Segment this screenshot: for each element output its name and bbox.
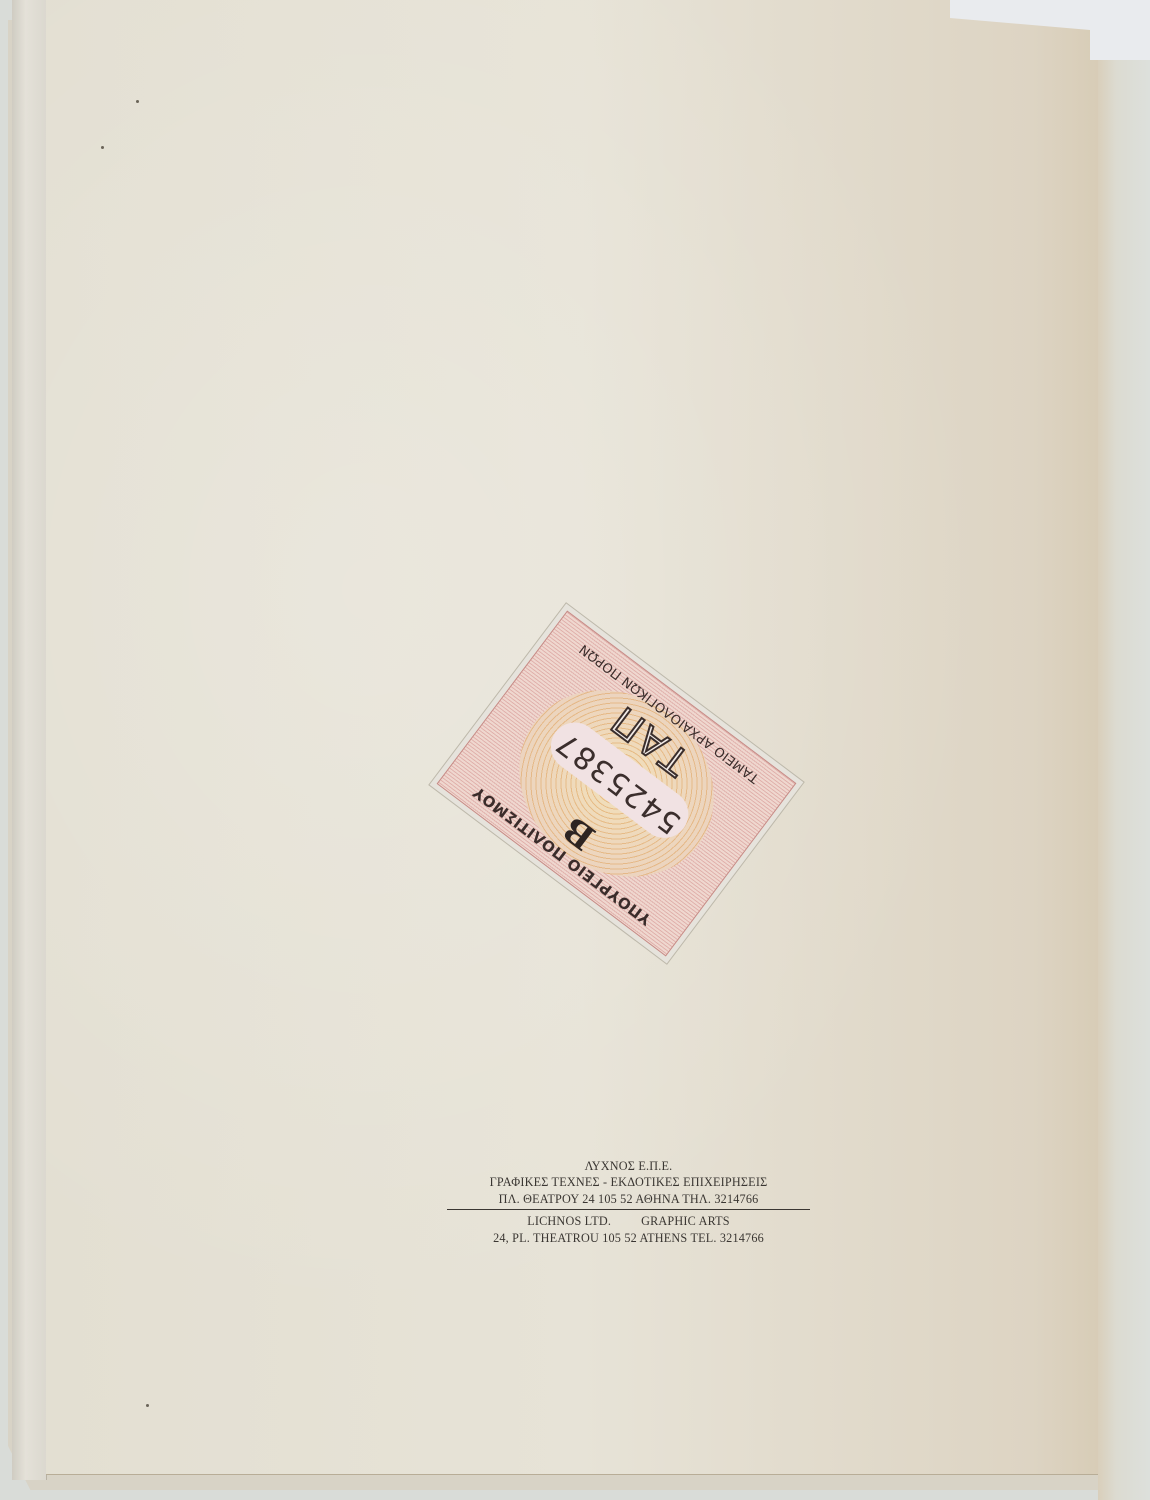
- book-spine-edge: [12, 0, 47, 1480]
- imprint-divider: [447, 1209, 810, 1210]
- tax-stamp: ΥΠΟΥΡΓΕΙΟ ΠΟΛΙΤΙΣΜΟΥ B 5425387 ΤΑΠ ΤΑΜΕΙ…: [435, 620, 795, 950]
- stamp-label: ΥΠΟΥΡΓΕΙΟ ΠΟΛΙΤΙΣΜΟΥ B 5425387 ΤΑΠ ΤΑΜΕΙ…: [437, 610, 797, 956]
- imprint-greek-company: ΛΥΧΝΟΣ Ε.Π.Ε.: [447, 1158, 810, 1174]
- paper-speck: [101, 146, 104, 149]
- next-sheet-edge: [1098, 0, 1150, 1500]
- paper-speck: [136, 100, 139, 103]
- imprint-english-address: 24, PL. THEATROU 105 52 ATHENS TEL. 3214…: [447, 1230, 810, 1246]
- imprint-greek-address: ΠΛ. ΘΕΑΤΡΟΥ 24 105 52 ΑΘΗΝΑ ΤΗΛ. 3214766: [447, 1191, 810, 1207]
- imprint-greek-trade: ΓΡΑΦΙΚΕΣ ΤΕΧΝΕΣ - ΕΚΔΟΤΙΚΕΣ ΕΠΙΧΕΙΡΗΣΕΙΣ: [447, 1174, 810, 1190]
- imprint-english-trade: GRAPHIC ARTS: [641, 1213, 730, 1229]
- imprint-english-company: LICHNOS LTD.: [527, 1213, 611, 1229]
- printer-imprint: ΛΥΧΝΟΣ Ε.Π.Ε. ΓΡΑΦΙΚΕΣ ΤΕΧΝΕΣ - ΕΚΔΟΤΙΚΕ…: [447, 1158, 810, 1246]
- paper-speck: [146, 1404, 149, 1407]
